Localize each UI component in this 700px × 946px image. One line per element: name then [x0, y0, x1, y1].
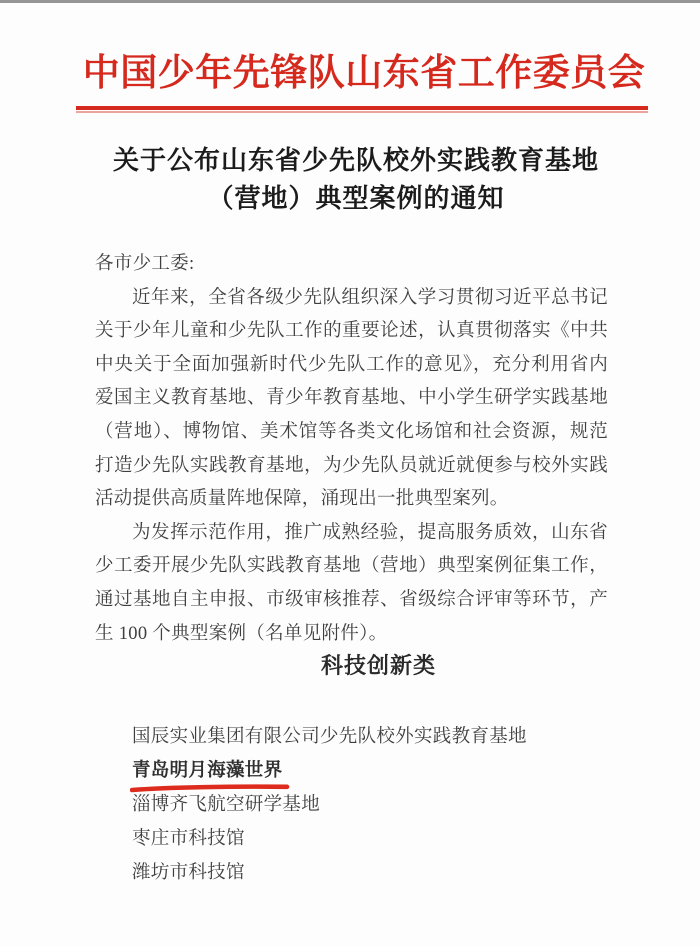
- document-page: 中国少年先锋队山东省工作委员会 关于公布山东省少先队校外实践教育基地 （营地）典…: [0, 0, 700, 946]
- list-item: 国辰实业集团有限公司少先队校外实践教育基地: [132, 720, 608, 754]
- org-header-title: 中国少年先锋队山东省工作委员会: [14, 50, 700, 98]
- paragraph-2: 为发挥示范作用，推广成熟经验，提高服务质效，山东省少工委开展少先队实践教育基地（…: [95, 517, 608, 651]
- list-item: 淄博齐飞航空研学基地: [132, 788, 608, 822]
- document-title-line2: （营地）典型案例的通知: [6, 180, 700, 218]
- page-top-edge: [0, 0, 700, 3]
- list-item-label: 青岛明月海藻世界: [132, 754, 282, 788]
- list-item: 枣庄市科技馆: [132, 822, 608, 856]
- salutation: 各市少工委:: [95, 248, 608, 282]
- list-item-label: 淄博齐飞航空研学基地: [132, 788, 320, 822]
- list-item-label: 国辰实业集团有限公司少先队校外实践教育基地: [132, 720, 527, 754]
- list-item: 潍坊市科技馆: [132, 856, 608, 890]
- document-title-line1: 关于公布山东省少先队校外实践教育基地: [6, 142, 700, 180]
- list-item-highlighted: 青岛明月海藻世界: [132, 754, 608, 788]
- paragraph-1: 近年来，全省各级少先队组织深入学习贯彻习近平总书记关于少年儿童和少先队工作的重要…: [95, 282, 608, 517]
- base-list: 国辰实业集团有限公司少先队校外实践教育基地 青岛明月海藻世界 淄博齐飞航空研学基…: [132, 720, 608, 890]
- list-item-label: 潍坊市科技馆: [132, 856, 245, 890]
- section-heading: 科技创新类: [122, 651, 635, 681]
- document-body: 各市少工委: 近年来，全省各级少先队组织深入学习贯彻习近平总书记关于少年儿童和少…: [95, 248, 608, 890]
- list-item-label: 枣庄市科技馆: [132, 822, 245, 856]
- document-title: 关于公布山东省少先队校外实践教育基地 （营地）典型案例的通知: [6, 142, 700, 218]
- header-divider-line: [76, 106, 648, 113]
